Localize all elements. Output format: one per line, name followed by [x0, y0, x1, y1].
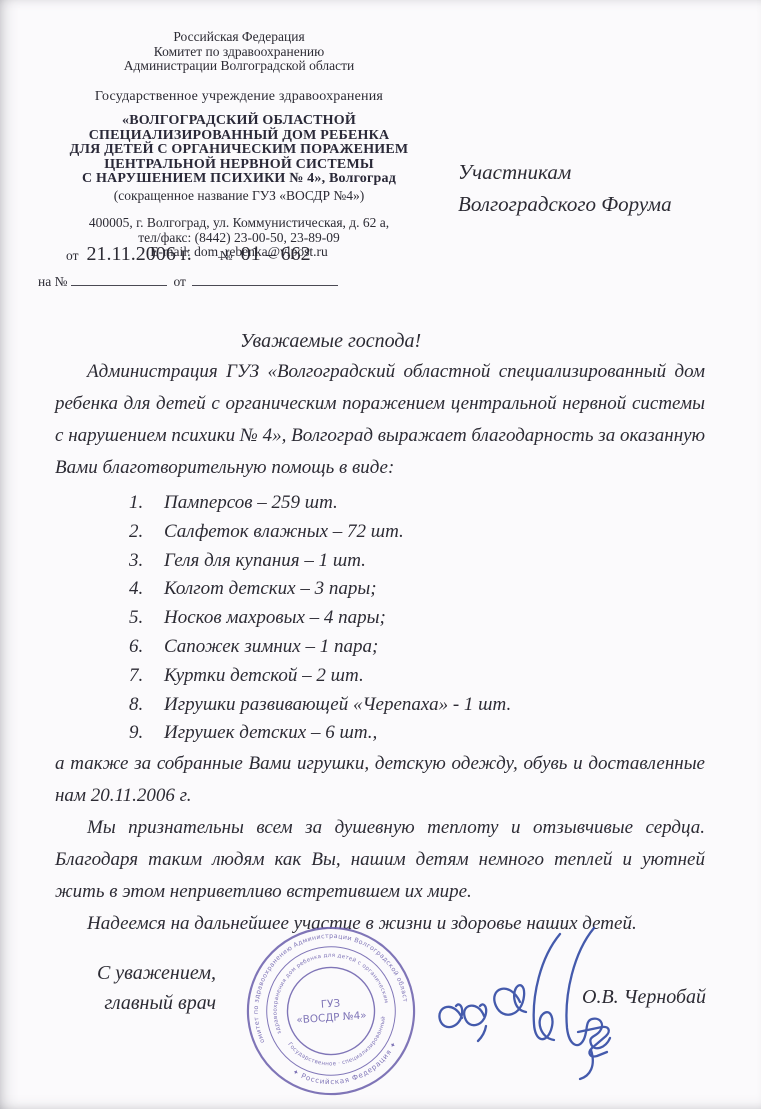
list-item: 8.Игрушки развивающей «Черепаха» - 1 шт.: [55, 691, 705, 720]
list-item: 9.Игрушек детских – 6 шт.,: [55, 719, 705, 748]
list-item-number: 7.: [129, 662, 164, 691]
org-name-line-2: СПЕЦИАЛИЗИРОВАННЫЙ ДОМ РЕБЕНКА: [38, 129, 440, 144]
ref-from-label: от: [66, 248, 78, 263]
letterhead-administration: Администрации Волгоградской области: [38, 59, 440, 74]
stamp-ring1-top-text: Комитет по здравоохранению Администрации…: [242, 922, 410, 1048]
closing-line-1: С уважением,: [96, 958, 216, 988]
letterhead-committee: Комитет по здравоохранению: [38, 45, 440, 60]
list-item: 5.Носков махровых – 4 пары;: [55, 604, 705, 633]
reply-number-blank: [71, 272, 167, 286]
recipient-line-2: Волгоградского Форума: [458, 188, 672, 220]
list-item-text: Куртки детской – 2 шт.: [164, 662, 364, 691]
list-item-text: Сапожек зимних – 1 пара;: [164, 633, 378, 662]
list-item-number: 2.: [129, 518, 164, 547]
svg-text:Комитет по здравоохранению Адм: Комитет по здравоохранению Администрации…: [242, 922, 410, 1048]
ref-number-label: №: [220, 248, 233, 263]
list-item-text: Геля для купания – 1 шт.: [164, 547, 366, 576]
list-item-text: Игрушки развивающей «Черепаха» - 1 шт.: [164, 691, 511, 720]
reply-prefix-label: на №: [38, 274, 67, 289]
list-item-number: 6.: [129, 633, 164, 662]
list-item: 6.Сапожек зимних – 1 пара;: [55, 633, 705, 662]
letterhead-org-type: Государственное учреждение здравоохранен…: [38, 90, 440, 105]
reply-date-blank: [192, 272, 338, 286]
recipient-block: Участникам Волгоградского Форума: [458, 156, 672, 220]
paragraph-also: а также за собранные Вами игрушки, детск…: [55, 748, 705, 812]
recipient-line-1: Участникам: [458, 156, 672, 188]
org-name-line-1: «ВОЛГОГРАДСКИЙ ОБЛАСТНОЙ: [38, 114, 440, 129]
org-address: 400005, г. Волгоград, ул. Коммунистическ…: [38, 216, 440, 231]
reply-reference-line: на №от: [38, 272, 338, 290]
donation-list: 1.Памперсов – 259 шт. 2.Салфеток влажных…: [55, 489, 705, 748]
letterhead-country: Российская Федерация: [38, 30, 440, 45]
scanned-letter-page: Российская Федерация Комитет по здравоох…: [0, 0, 761, 1109]
stamp-center-line-2: «ВОСДР №4»: [296, 1009, 367, 1026]
paragraph-gratitude: Мы признательны всем за душевную теплоту…: [55, 812, 705, 908]
list-item-text: Игрушек детских – 6 шт.,: [164, 719, 377, 748]
list-item-number: 1.: [129, 489, 164, 518]
paragraph-intro: Администрация ГУЗ «Волгоградский областн…: [55, 356, 705, 484]
closing-block: С уважением, главный врач: [96, 958, 216, 1018]
list-item-text: Салфеток влажных – 72 шт.: [164, 518, 404, 547]
org-name-line-4: ЦЕНТРАЛЬНОЙ НЕРВНОЙ СИСТЕМЫ: [38, 158, 440, 173]
list-item: 2.Салфеток влажных – 72 шт.: [55, 518, 705, 547]
ref-date: 21.11.2006 г.: [86, 243, 191, 265]
list-item: 7.Куртки детской – 2 шт.: [55, 662, 705, 691]
list-item-number: 3.: [129, 547, 164, 576]
list-item-text: Колгот детских – 3 пары;: [164, 575, 377, 604]
list-item: 4.Колгот детских – 3 пары;: [55, 575, 705, 604]
list-item-number: 4.: [129, 575, 164, 604]
list-item-text: Носков махровых – 4 пары;: [164, 604, 386, 633]
org-short-name: (сокращенное название ГУЗ «ВОСДР №4»): [38, 189, 440, 204]
org-name-line-3: ДЛЯ ДЕТЕЙ С ОРГАНИЧЕСКИМ ПОРАЖЕНИЕМ: [38, 143, 440, 158]
outgoing-reference-line: от21.11.2006 г.№01 – 662: [66, 243, 311, 266]
round-stamp: Комитет по здравоохранению Администрации…: [242, 922, 420, 1100]
letter-body: Администрация ГУЗ «Волгоградский областн…: [55, 356, 705, 940]
list-item-text: Памперсов – 259 шт.: [164, 489, 338, 518]
ref-number: 01 – 662: [241, 243, 311, 265]
list-item: 3.Геля для купания – 1 шт.: [55, 547, 705, 576]
list-item-number: 8.: [129, 691, 164, 720]
reply-from-label: от: [173, 274, 185, 289]
org-name-line-5: С НАРУШЕНИЕМ ПСИХИКИ № 4», Волгоград: [38, 172, 440, 187]
list-item-number: 9.: [129, 719, 164, 748]
salutation: Уважаемые господа!: [240, 330, 421, 353]
signer-name: О.В. Чернобай: [582, 986, 706, 1009]
list-item: 1.Памперсов – 259 шт.: [55, 489, 705, 518]
letterhead: Российская Федерация Комитет по здравоох…: [38, 30, 440, 260]
list-item-number: 5.: [129, 604, 164, 633]
closing-line-2: главный врач: [96, 988, 216, 1018]
stamp-center-line-1: ГУЗ: [320, 997, 340, 1010]
